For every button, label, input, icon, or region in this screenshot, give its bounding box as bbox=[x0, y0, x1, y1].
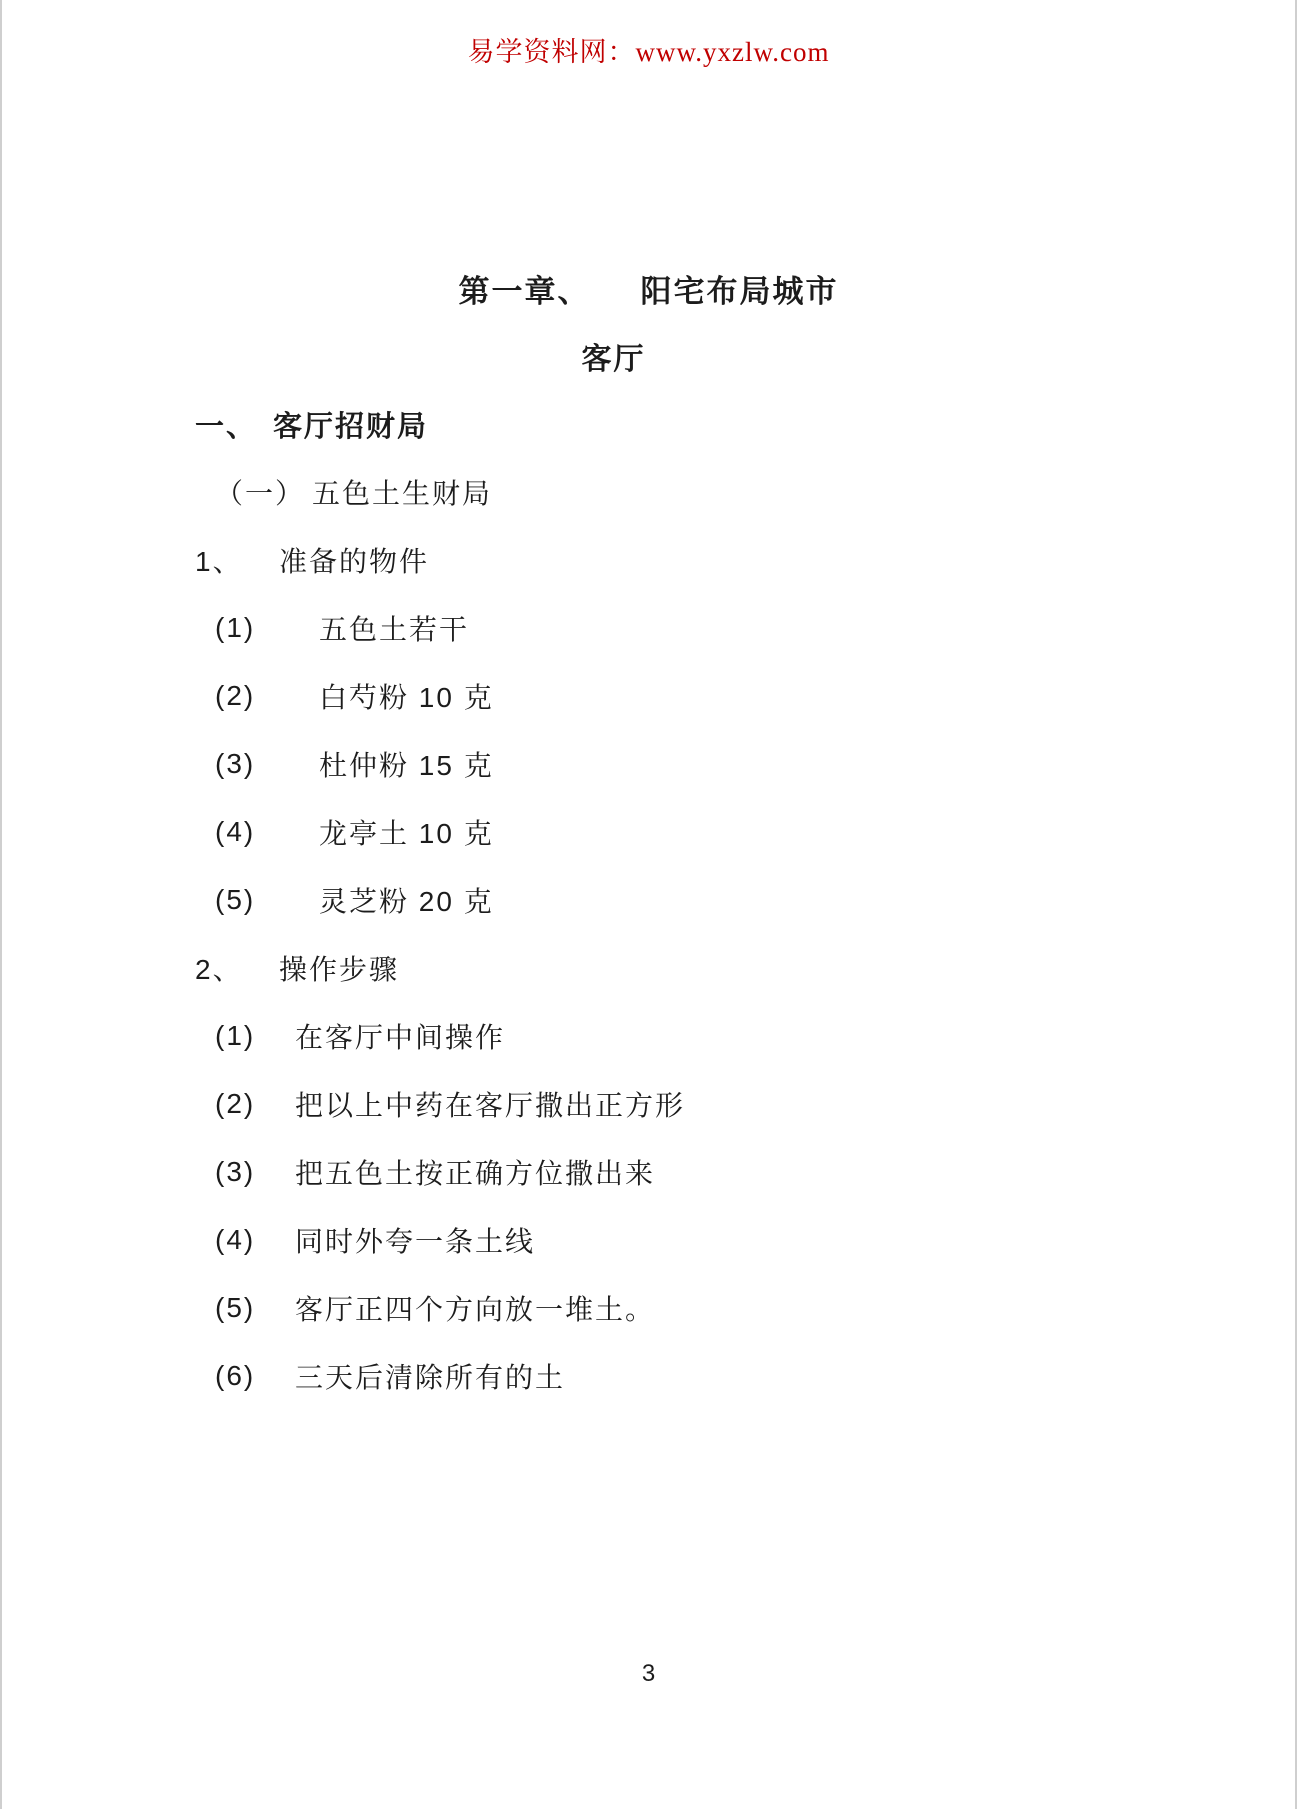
list-item: (5)灵芝粉 20 克 bbox=[2, 866, 1295, 934]
list-item: (1)五色土若干 bbox=[2, 594, 1295, 662]
list-item-text: 杜仲粉 15 克 bbox=[319, 744, 494, 784]
subsection-marker: （一） bbox=[215, 472, 312, 512]
subsection-title: 五色土生财局 bbox=[312, 472, 492, 512]
chapter-heading: 第一章、阳宅布局城市 bbox=[2, 254, 1295, 322]
list-item-marker: (2) bbox=[215, 680, 319, 712]
list-item-marker: (2) bbox=[215, 1088, 295, 1120]
list-item: (1)在客厅中间操作 bbox=[2, 1002, 1295, 1070]
list-item-marker: (3) bbox=[215, 748, 319, 780]
list-item-marker: (6) bbox=[215, 1360, 295, 1392]
page-number: 3 bbox=[2, 1660, 1295, 1688]
list-item-text: 把以上中药在客厅撒出正方形 bbox=[295, 1084, 685, 1124]
list-item: (2)把以上中药在客厅撒出正方形 bbox=[2, 1070, 1295, 1138]
list-item-text: 龙亭土 10 克 bbox=[319, 812, 494, 852]
list-item-text: 客厅正四个方向放一堆土。 bbox=[295, 1288, 655, 1328]
list-item: (5)客厅正四个方向放一堆土。 bbox=[2, 1274, 1295, 1342]
page-subtitle: 客厅 bbox=[2, 322, 1295, 390]
list-item-marker: (5) bbox=[215, 884, 319, 916]
list-item-marker: (4) bbox=[215, 1224, 295, 1256]
list1-heading: 1、准备的物件 bbox=[2, 526, 1295, 594]
list-item-text: 白芍粉 10 克 bbox=[319, 676, 494, 716]
list-item: (3)杜仲粉 15 克 bbox=[2, 730, 1295, 798]
list-item-text: 同时外夸一条土线 bbox=[295, 1220, 535, 1260]
list-item-marker: (1) bbox=[215, 1020, 295, 1052]
list-item: (2)白芍粉 10 克 bbox=[2, 662, 1295, 730]
list2-title: 操作步骤 bbox=[279, 948, 399, 988]
document-page: 易学资料网：www.yxzlw.com 第一章、阳宅布局城市 客厅 一、客厅招财… bbox=[0, 0, 1297, 1809]
section-marker: 一、 bbox=[195, 404, 273, 445]
list1-title: 准备的物件 bbox=[279, 540, 429, 580]
list-item: (6)三天后清除所有的土 bbox=[2, 1342, 1295, 1410]
list-item: (4)龙亭土 10 克 bbox=[2, 798, 1295, 866]
page-subtitle-text: 客厅 bbox=[582, 334, 646, 378]
list-item-marker: (3) bbox=[215, 1156, 295, 1188]
list-item-text: 三天后清除所有的土 bbox=[295, 1356, 565, 1396]
list2-marker: 2、 bbox=[195, 948, 279, 988]
subsection-heading: （一）五色土生财局 bbox=[2, 458, 1295, 526]
list1-marker: 1、 bbox=[195, 540, 279, 580]
list-item-text: 灵芝粉 20 克 bbox=[319, 880, 494, 920]
list-item-text: 在客厅中间操作 bbox=[295, 1016, 505, 1056]
list-item-marker: (1) bbox=[215, 612, 319, 644]
list-item: (4)同时外夸一条土线 bbox=[2, 1206, 1295, 1274]
list2-heading: 2、操作步骤 bbox=[2, 934, 1295, 1002]
section-heading: 一、客厅招财局 bbox=[2, 390, 1295, 458]
list-item-marker: (4) bbox=[215, 816, 319, 848]
list-item-text: 把五色土按正确方位撒出来 bbox=[295, 1152, 655, 1192]
site-watermark-text: 易学资料网：www.yxzlw.com bbox=[2, 30, 1295, 69]
list-item: (3)把五色土按正确方位撒出来 bbox=[2, 1138, 1295, 1206]
list-item-text: 五色土若干 bbox=[319, 608, 469, 648]
chapter-title: 阳宅布局城市 bbox=[641, 266, 839, 311]
document-body: 第一章、阳宅布局城市 客厅 一、客厅招财局 （一）五色土生财局 1、准备的物件 … bbox=[2, 254, 1295, 1410]
section-title: 客厅招财局 bbox=[273, 404, 428, 445]
list-item-marker: (5) bbox=[215, 1292, 295, 1324]
chapter-number: 第一章、 bbox=[459, 266, 591, 311]
